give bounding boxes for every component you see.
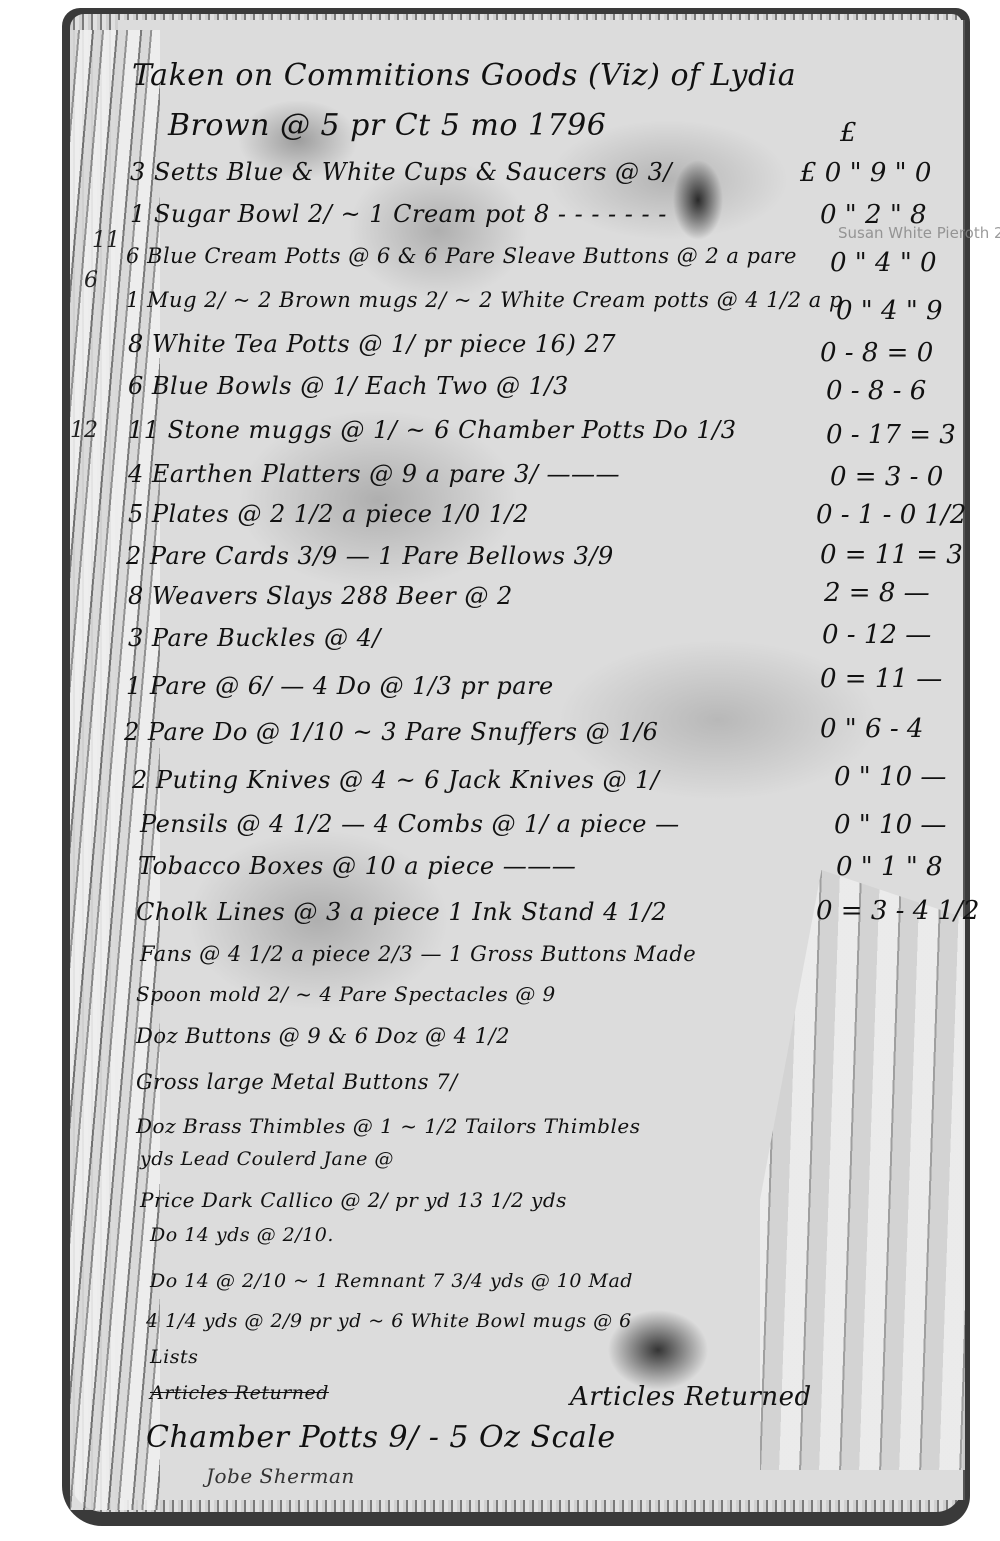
ledger-amount: £ 0 " 9 " 0: [800, 158, 931, 188]
ledger-entry: Doz Brass Thimbles @ 1 ~ 1/2 Tailors Thi…: [136, 1114, 640, 1138]
margin-number: 11: [92, 228, 120, 253]
currency-header: £: [840, 118, 857, 148]
ledger-amount: 2 = 8 —: [824, 578, 930, 608]
ledger-entry: 3 Setts Blue & White Cups & Saucers @ 3/: [130, 158, 672, 186]
ledger-amount: 0 " 4 " 0: [830, 248, 937, 278]
ledger-entry: Lists: [150, 1346, 198, 1368]
ledger-entry: 2 Pare Do @ 1/10 ~ 3 Pare Snuffers @ 1/6: [124, 718, 658, 746]
ledger-amount: 0 = 3 - 0: [830, 462, 943, 492]
ledger-amount: 0 " 10 —: [834, 762, 946, 792]
ledger-entry: 6 Blue Bowls @ 1/ Each Two @ 1/3: [128, 372, 569, 400]
ledger-title-line-2: Brown @ 5 pr Ct 5 mo 1796: [168, 108, 606, 143]
margin-number: 12: [70, 418, 98, 443]
ledger-amount: 0 " 1 " 8: [836, 852, 943, 882]
ledger-entry: Gross large Metal Buttons 7/: [136, 1070, 458, 1094]
signature: Jobe Sherman: [206, 1464, 355, 1488]
margin-number: 6: [84, 268, 98, 293]
ledger-entry: 1 Pare @ 6/ — 4 Do @ 1/3 pr pare: [126, 672, 554, 700]
ledger-amount: 0 - 8 = 0: [820, 338, 933, 368]
ledger-entry: 4 1/4 yds @ 2/9 pr yd ~ 6 White Bowl mug…: [146, 1310, 632, 1332]
returned-entry: Chamber Potts 9/ - 5 Oz Scale: [146, 1420, 616, 1455]
ledger-amount: 0 - 12 —: [822, 620, 931, 650]
ledger-entry: 1 Sugar Bowl 2/ ~ 1 Cream pot 8 - - - - …: [130, 200, 667, 228]
ledger-amount: 0 = 11 = 3: [820, 540, 963, 570]
ledger-entry: 11 Stone muggs @ 1/ ~ 6 Chamber Potts Do…: [128, 416, 737, 444]
ledger-entry: 3 Pare Buckles @ 4/: [128, 624, 381, 652]
ledger-entry: 5 Plates @ 2 1/2 a piece 1/0 1/2: [128, 500, 529, 528]
ledger-amount: 0 - 17 = 3: [826, 420, 956, 450]
ledger-amount: 0 " 4 " 9: [836, 296, 943, 326]
ledger-amount: 0 - 8 - 6: [826, 376, 926, 406]
ledger-entry: 4 Earthen Platters @ 9 a pare 3/ ———: [128, 460, 620, 488]
ledger-entry: Pensils @ 4 1/2 — 4 Combs @ 1/ a piece —: [140, 810, 680, 838]
ledger-entry: Price Dark Callico @ 2/ pr yd 13 1/2 yds: [140, 1188, 567, 1212]
ledger-entry: yds Lead Coulerd Jane @: [140, 1148, 394, 1170]
ledger-entry: 8 Weavers Slays 288 Beer @ 2: [128, 582, 513, 610]
ledger-entry: 6 Blue Cream Potts @ 6 & 6 Pare Sleave B…: [126, 244, 797, 268]
ledger-entry: Do 14 @ 2/10 ~ 1 Remnant 7 3/4 yds @ 10 …: [150, 1270, 633, 1292]
ledger-amount: 0 " 10 —: [834, 810, 946, 840]
ledger-entry: Tobacco Boxes @ 10 a piece ———: [138, 852, 576, 880]
ledger-entry: 8 White Tea Potts @ 1/ pr piece 16) 27: [128, 330, 616, 358]
ledger-amount: 0 " 6 - 4: [820, 714, 923, 744]
section-heading-struck: Articles Returned: [150, 1382, 329, 1404]
ledger-entry: 1 Mug 2/ ~ 2 Brown mugs 2/ ~ 2 White Cre…: [126, 288, 843, 312]
ledger-entry: 2 Puting Knives @ 4 ~ 6 Jack Knives @ 1/: [132, 766, 660, 794]
ledger-entry: Doz Buttons @ 9 & 6 Doz @ 4 1/2: [136, 1024, 510, 1048]
ledger-amount: 0 = 11 —: [820, 664, 942, 694]
ledger-entry: Spoon mold 2/ ~ 4 Pare Spectacles @ 9: [136, 982, 556, 1006]
section-heading: Articles Returned: [570, 1382, 812, 1412]
ledger-entry: Cholk Lines @ 3 a piece 1 Ink Stand 4 1/…: [136, 898, 667, 926]
ledger-title-line-1: Taken on Commitions Goods (Viz) of Lydia: [132, 58, 796, 93]
ledger-entry: Do 14 yds @ 2/10.: [150, 1224, 334, 1246]
ledger-amount: 0 - 1 - 0 1/2: [816, 500, 966, 530]
ledger-entry: 2 Pare Cards 3/9 — 1 Pare Bellows 3/9: [126, 542, 614, 570]
ledger-amount: 0 = 3 - 4 1/2: [816, 896, 979, 926]
ledger-entry: Fans @ 4 1/2 a piece 2/3 — 1 Gross Butto…: [140, 942, 696, 966]
ledger-amount: 0 " 2 " 8: [820, 200, 927, 230]
